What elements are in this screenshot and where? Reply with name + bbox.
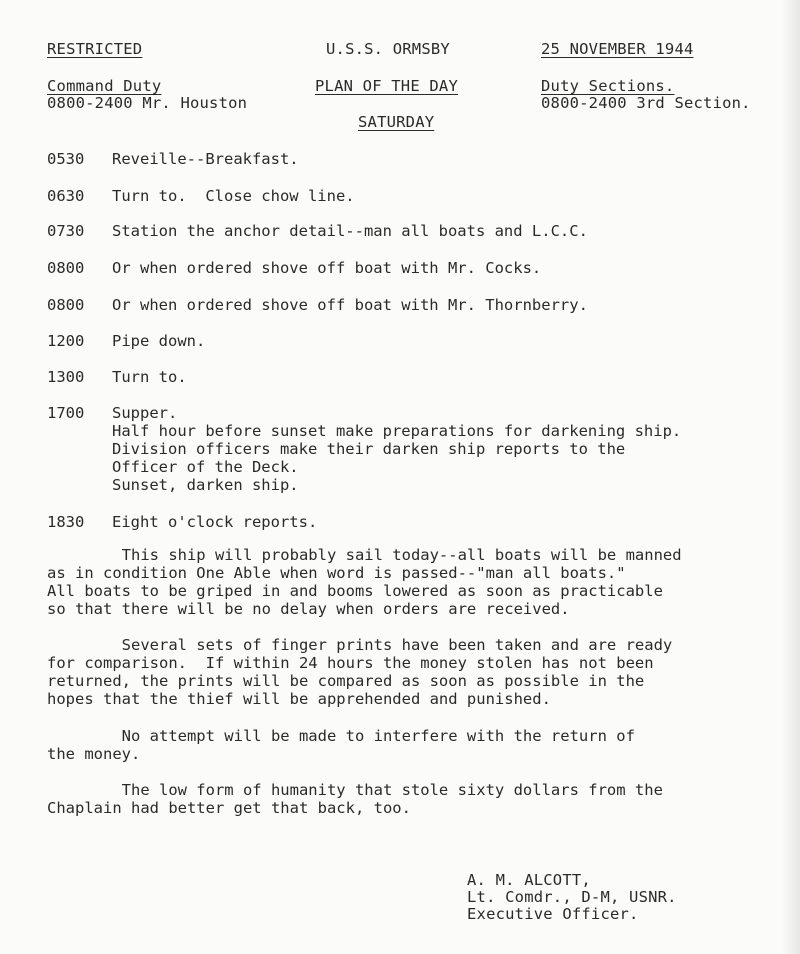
notice-paragraph-line: The low form of humanity that stole sixt… (47, 781, 663, 799)
notice-paragraph-line: hopes that the thief will be apprehended… (47, 690, 551, 708)
paper-edge-shading (782, 0, 800, 954)
schedule-description: Pipe down. (112, 332, 205, 350)
schedule-description: Eight o'clock reports. (112, 513, 317, 531)
notice-paragraph-line: so that there will be no delay when orde… (47, 600, 570, 618)
classification-label: RESTRICTED (47, 40, 142, 58)
ship-name: U.S.S. ORMSBY (326, 40, 450, 58)
duty-sections-label: Duty Sections. (541, 77, 674, 95)
schedule-time: 0530 (47, 150, 84, 168)
notice-paragraph-line: All boats to be griped in and booms lowe… (47, 582, 663, 600)
notice-paragraph-line: for comparison. If within 24 hours the m… (47, 654, 654, 672)
schedule-description: Division officers make their darken ship… (112, 440, 625, 458)
signature-rank: Lt. Comdr., D-M, USNR. (467, 888, 677, 906)
schedule-time: 1700 (47, 404, 84, 422)
notice-paragraph-line: No attempt will be made to interfere wit… (47, 727, 635, 745)
document-title: PLAN OF THE DAY (315, 77, 458, 95)
schedule-description: Half hour before sunset make preparation… (112, 422, 681, 440)
notice-paragraph-line: Several sets of finger prints have been … (47, 636, 672, 654)
schedule-time: 0800 (47, 296, 84, 314)
schedule-description: Officer of the Deck. (112, 458, 299, 476)
day-of-week: SATURDAY (358, 113, 434, 131)
command-duty-value: 0800-2400 Mr. Houston (47, 94, 247, 112)
schedule-time: 1300 (47, 368, 84, 386)
signature-title: Executive Officer. (467, 905, 639, 923)
schedule-time: 0800 (47, 259, 84, 277)
command-duty-label: Command Duty (47, 77, 161, 95)
schedule-description: Turn to. Close chow line. (112, 187, 355, 205)
schedule-description: Turn to. (112, 368, 187, 386)
schedule-description: Sunset, darken ship. (112, 476, 299, 494)
schedule-time: 1830 (47, 513, 84, 531)
schedule-time: 0730 (47, 222, 84, 240)
notice-paragraph-line: the money. (47, 745, 140, 763)
schedule-description: Or when ordered shove off boat with Mr. … (112, 296, 588, 314)
schedule-description: Reveille--Breakfast. (112, 150, 299, 168)
notice-paragraph-line: Chaplain had better get that back, too. (47, 799, 411, 817)
schedule-time: 0630 (47, 187, 84, 205)
notice-paragraph-line: returned, the prints will be compared as… (47, 672, 644, 690)
signature-name: A. M. ALCOTT, (467, 871, 591, 889)
schedule-description: Station the anchor detail--man all boats… (112, 222, 588, 240)
schedule-time: 1200 (47, 332, 84, 350)
schedule-description: Supper. (112, 404, 177, 422)
duty-sections-value: 0800-2400 3rd Section. (541, 94, 751, 112)
plan-of-the-day-document: RESTRICTED U.S.S. ORMSBY 25 NOVEMBER 194… (0, 0, 800, 954)
document-date: 25 NOVEMBER 1944 (541, 40, 694, 58)
notice-paragraph-line: This ship will probably sail today--all … (47, 546, 682, 564)
notice-paragraph-line: as in condition One Able when word is pa… (47, 564, 626, 582)
schedule-description: Or when ordered shove off boat with Mr. … (112, 259, 541, 277)
